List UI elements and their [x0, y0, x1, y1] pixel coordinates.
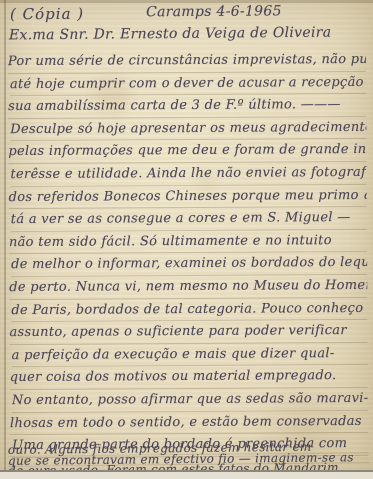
letter-line: a perfeição da execução e mais que dizer… [12, 343, 368, 368]
letter-line: dos referidos Bonecos Chineses porque me… [9, 184, 367, 209]
letter-line: não tem sido fácil. Só ultimamente e no … [9, 230, 367, 255]
letter-line: terêsse e utilidade. Ainda lhe não envie… [10, 162, 366, 187]
paper-fold-line [4, 0, 6, 479]
page-bottom-edge [0, 470, 373, 479]
letter-line: de melhor o informar, examinei os bordad… [11, 252, 367, 277]
letter-header: ( Cópia ) Caramps 4-6-1965 [10, 3, 365, 23]
copy-annotation: ( Cópia ) [10, 5, 84, 24]
letter-line: pelas informações que me deu e foram de … [8, 139, 366, 164]
letter-line: de perto. Nunca vi, nem mesmo no Museu d… [9, 275, 367, 300]
letter-page: ( Cópia ) Caramps 4-6-1965 Ex.ma Snr. Dr… [0, 0, 373, 479]
letter-body: Por uma série de circunstâncias imprevis… [8, 49, 368, 458]
letter-line: assunto, apenas o suficiente para poder … [9, 320, 367, 345]
letter-line: de Paris, bordados de tal categoria. Pou… [11, 297, 367, 322]
letter-line: tá a ver se as consegue a cores e em S. … [11, 207, 367, 232]
letter-line: Por uma série de circunstâncias imprevis… [8, 49, 366, 74]
letter-line: até hoje cumprir com o dever de acusar a… [10, 72, 366, 97]
letter-line: No entanto, posso afirmar que as sedas s… [12, 388, 368, 413]
recipient-line: Ex.ma Snr. Dr. Ernesto da Veiga de Olive… [9, 25, 331, 44]
letter-line: lhosas em todo o sentido, e estão bem co… [10, 410, 368, 435]
letter-line: quer coisa dos motivos ou material empre… [10, 365, 368, 390]
dateline: Caramps 4-6-1965 [146, 3, 282, 20]
letter-line: sua amabilíssima carta de 3 de F.º últim… [8, 94, 366, 119]
letter-line: Desculpe só hoje apresentar os meus agra… [10, 117, 366, 142]
